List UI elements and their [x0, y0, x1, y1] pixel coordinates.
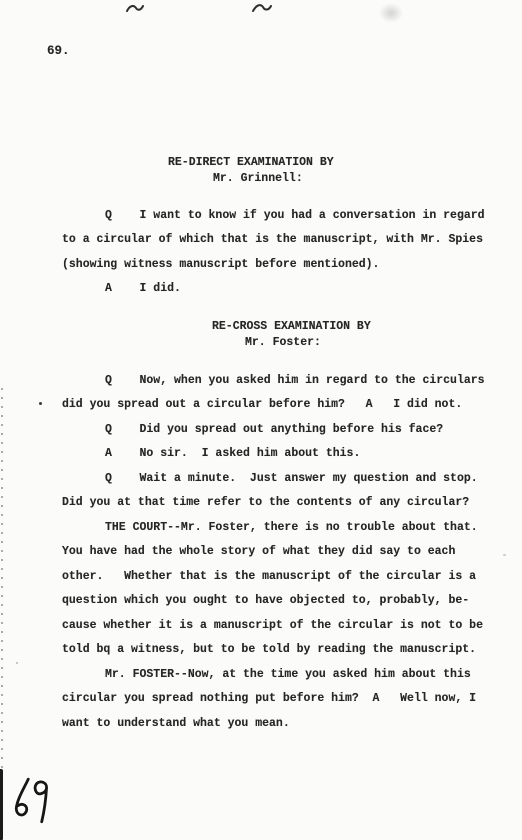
handwritten-page-number	[10, 774, 56, 828]
margin-ink-dot	[39, 402, 42, 405]
transcript-line: Q Wait a minute. Just answer my question…	[105, 472, 478, 486]
transcript-line: cause whether it is a manuscript of the …	[62, 619, 483, 633]
binding-edge-dashes	[1, 388, 3, 770]
transcript-line: told bq a witness, but to be told by rea…	[62, 643, 476, 657]
recross-heading-line2: Mr. Foster:	[245, 336, 321, 350]
transcript-line: Q Now, when you asked him in regard to t…	[105, 374, 485, 388]
transcript-line: other. Whether that is the manuscript of…	[62, 570, 476, 584]
transcript-line: circular you spread nothing put before h…	[62, 692, 476, 706]
margin-ink-dot	[16, 662, 18, 664]
transcript-line: THE COURT--Mr. Foster, there is no troub…	[105, 521, 478, 535]
redirect-heading-line1: RE-DIRECT EXAMINATION BY	[168, 156, 334, 170]
transcript-line: You have had the whole story of what the…	[62, 545, 455, 559]
transcript-line: Q I want to know if you had a conversati…	[105, 209, 485, 223]
redirect-heading-line2: Mr. Grinnell:	[213, 172, 303, 186]
scanned-transcript-page: 69. RE-DIRECT EXAMINATION BY Mr. Grinnel…	[0, 0, 522, 840]
transcript-line: to a circular of which that is the manus…	[62, 233, 483, 247]
transcript-line: A No sir. I asked him about this.	[105, 447, 360, 461]
margin-ink-dot	[503, 554, 506, 556]
transcript-line: (showing witness manuscript before menti…	[62, 258, 379, 272]
typed-page-number: 69.	[47, 44, 70, 58]
transcript-line: question which you ought to have objecte…	[62, 594, 469, 608]
binding-edge-bar	[0, 769, 3, 840]
transcript-line: A I did.	[105, 282, 181, 296]
transcript-line: Did you at that time refer to the conten…	[62, 496, 469, 510]
transcript-line: did you spread out a circular before him…	[62, 398, 462, 412]
top-squiggle-mark-center	[252, 2, 272, 14]
transcript-line: Mr. FOSTER--Now, at the time you asked h…	[105, 668, 471, 682]
transcript-line: want to understand what you mean.	[62, 717, 290, 731]
top-right-smudge	[379, 3, 403, 23]
top-squiggle-mark-left	[126, 3, 144, 14]
transcript-line: Q Did you spread out anything before his…	[105, 423, 443, 437]
recross-heading-line1: RE-CROSS EXAMINATION BY	[212, 320, 371, 334]
